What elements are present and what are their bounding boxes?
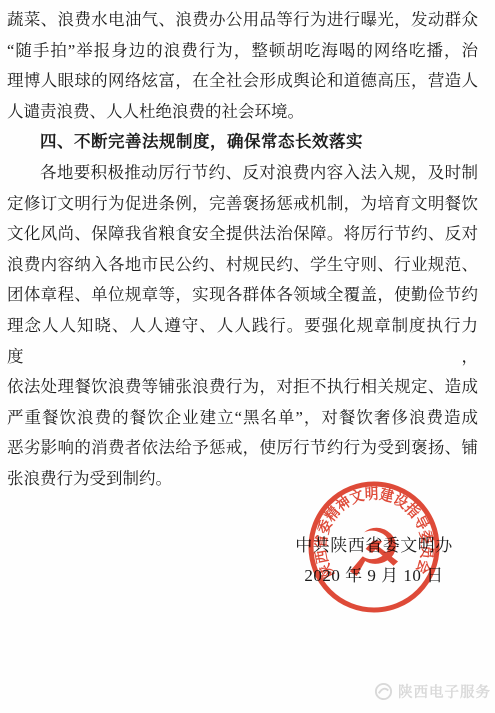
body-line: 文化风尚、保障我省粮食安全提供法治保障。将厉行节约、反对 [7,219,478,250]
watermark-text: 陕西电子服务 [398,681,491,702]
body-line: 人谴责浪费、人人杜绝浪费的社会环境。 [7,97,478,128]
body-line: 严重餐饮浪费的餐饮企业建立“黑名单”，对餐饮奢侈浪费造成 [7,403,478,434]
document-body: 蔬菜、浪费水电油气、浪费办公用品等行为进行曝光，发动群众 “随手拍”举报身边的浪… [7,5,478,495]
watermark: 陕西电子服务 [374,681,491,702]
body-line: 依法处理餐饮浪费等铺张浪费行为，对拒不执行相关规定、造成 [7,372,478,403]
document-page: 蔬菜、浪费水电油气、浪费办公用品等行为进行曝光，发动群众 “随手拍”举报身边的浪… [0,0,495,713]
body-line: 团体章程、单位规章等，实现各群体各领域全覆盖，使勤俭节约 [7,280,478,311]
body-line: 理念人人知晓、人人遵守、人人践行。要强化规章制度执行力度， [7,311,478,372]
body-line: 浪费内容纳入各地市民公约、村规民约、学生守则、行业规范、 [7,250,478,281]
body-line: “随手拍”举报身边的浪费行为，整顿胡吃海喝的网络吃播，治 [7,36,478,67]
body-line: 恶劣影响的消费者依法给予惩戒，使厉行节约行为受到褒扬、铺 [7,433,478,464]
body-line: 蔬菜、浪费水电油气、浪费办公用品等行为进行曝光，发动群众 [7,5,478,36]
body-line: 各地要积极推动厉行节约、反对浪费内容入法入规，及时制 [7,158,478,189]
body-line: 定修订文明行为促进条例，完善褒扬惩戒机制，为培育文明餐饮 [7,189,478,220]
eservice-logo-icon [374,682,393,701]
official-seal: 陕西省委精神文明建设指导委员会 ☭ [304,477,444,617]
body-line: 理博人眼球的网络炫富，在全社会形成舆论和道德高压，营造人 [7,66,478,97]
party-emblem-icon: ☭ [344,515,403,592]
section-heading: 四、不断完善法规制度，确保常态长效落实 [7,127,478,158]
